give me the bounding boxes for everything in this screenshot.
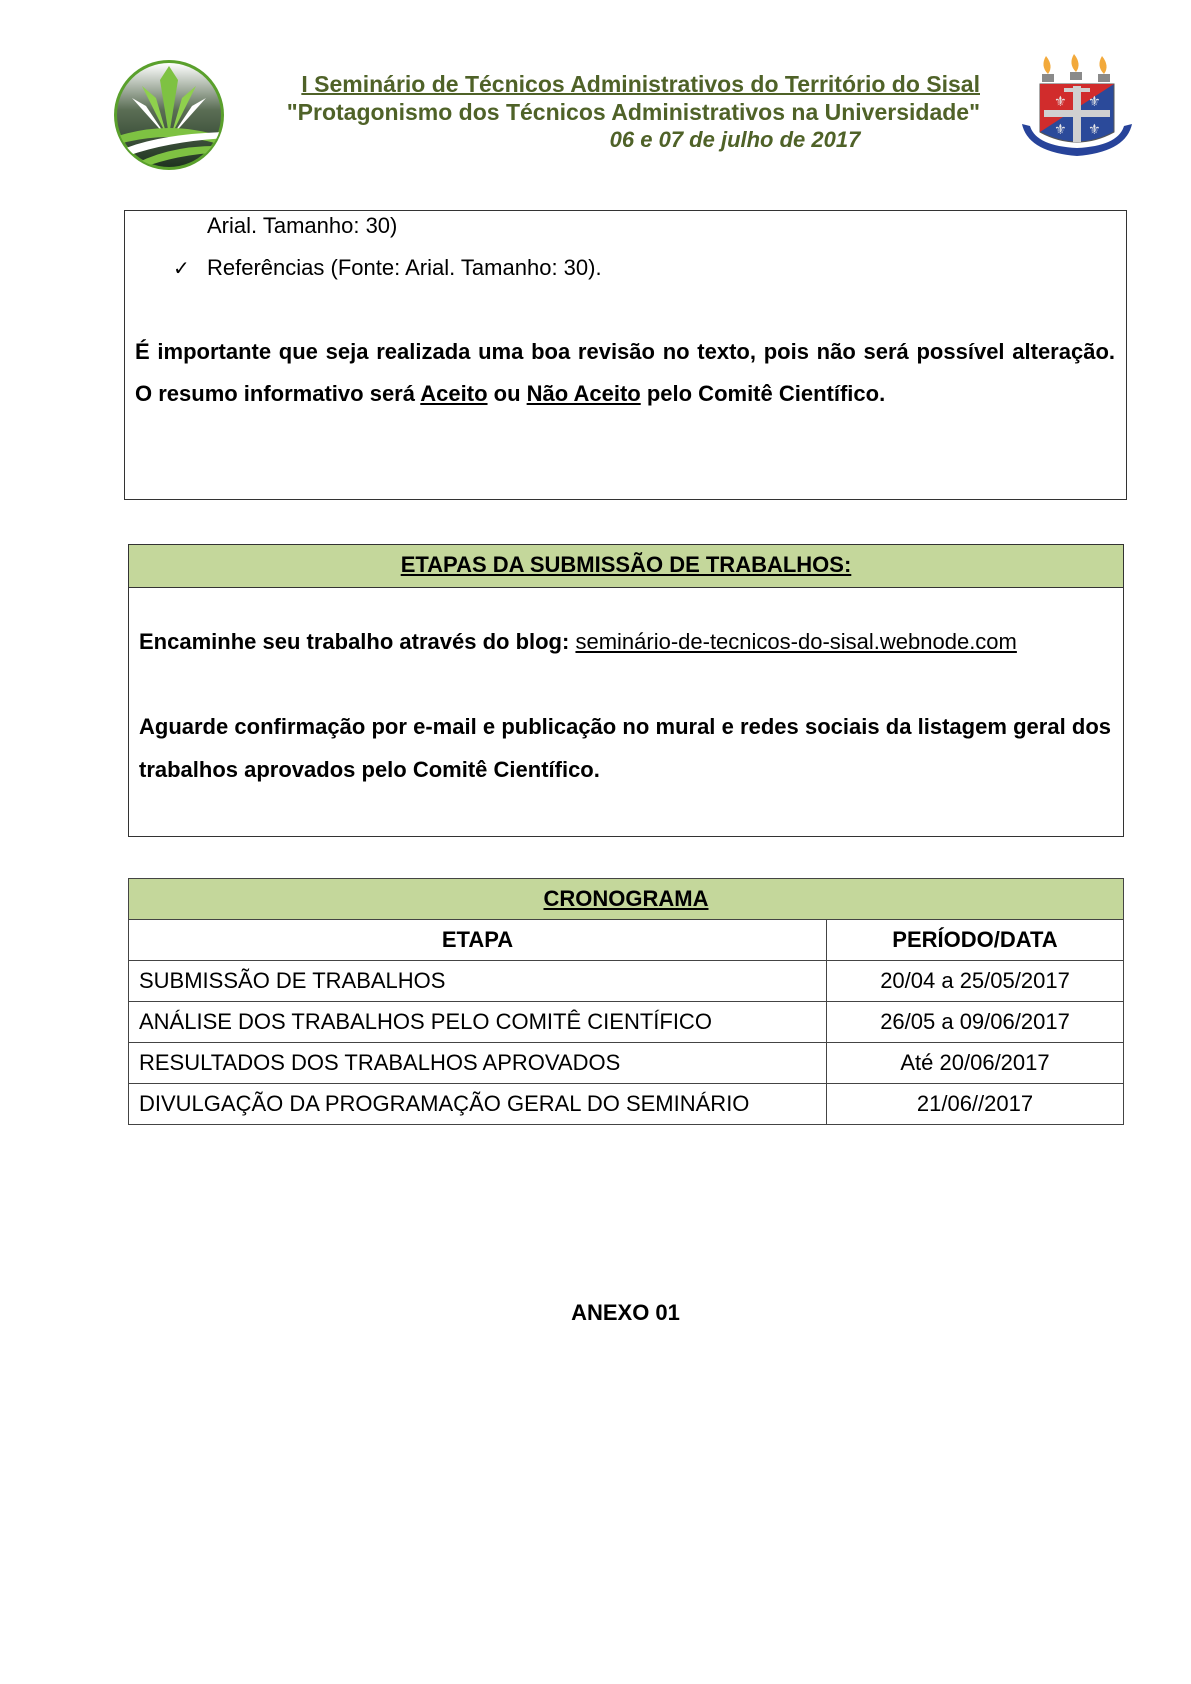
column-header-stage: ETAPA — [129, 920, 827, 961]
column-header-date: PERÍODO/DATA — [827, 920, 1124, 961]
blog-instruction: Encaminhe seu trabalho através do blog: … — [139, 629, 1017, 655]
notice-suffix: pelo Comitê Científico. — [641, 381, 885, 406]
submission-steps-heading: ETAPAS DA SUBMISSÃO DE TRABALHOS: — [129, 545, 1123, 588]
date-cell: Até 20/06/2017 — [827, 1043, 1124, 1084]
revision-notice: É importante que seja realizada uma boa … — [135, 331, 1115, 415]
table-row: RESULTADOS DOS TRABALHOS APROVADOS Até 2… — [129, 1043, 1124, 1084]
university-crest-icon: ⚜ ⚜ ⚜ ⚜ — [1018, 52, 1136, 170]
schedule-title: CRONOGRAMA — [129, 879, 1124, 920]
submission-steps-box: ETAPAS DA SUBMISSÃO DE TRABALHOS: Encami… — [128, 544, 1124, 837]
svg-text:⚜: ⚜ — [1054, 122, 1067, 138]
checkmark-icon: ✓ — [173, 256, 207, 281]
header-text: I Seminário de Técnicos Administrativos … — [240, 70, 980, 154]
sisal-logo-icon — [112, 58, 226, 172]
notice-or: ou — [488, 381, 527, 406]
seminar-subtitle: "Protagonismo dos Técnicos Administrativ… — [240, 98, 980, 126]
table-row: ANÁLISE DOS TRABALHOS PELO COMITÊ CIENTÍ… — [129, 1002, 1124, 1043]
date-cell: 26/05 a 09/06/2017 — [827, 1002, 1124, 1043]
schedule-table: CRONOGRAMA ETAPA PERÍODO/DATA SUBMISSÃO … — [128, 878, 1124, 1125]
not-accepted-label: Não Aceito — [527, 381, 641, 406]
table-row: SUBMISSÃO DE TRABALHOS 20/04 a 25/05/201… — [129, 961, 1124, 1002]
blog-label: Encaminhe seu trabalho através do blog: — [139, 629, 569, 654]
stage-cell: DIVULGAÇÃO DA PROGRAMAÇÃO GERAL DO SEMIN… — [129, 1084, 827, 1125]
table-row: DIVULGAÇÃO DA PROGRAMAÇÃO GERAL DO SEMIN… — [129, 1084, 1124, 1125]
confirmation-text: Aguarde confirmação por e-mail e publica… — [139, 705, 1111, 791]
seminar-title: I Seminário de Técnicos Administrativos … — [240, 70, 980, 98]
blog-link[interactable]: seminário-de-tecnicos-do-sisal.webnode.c… — [575, 629, 1016, 654]
check-list-item: ✓ Referências (Fonte: Arial. Tamanho: 30… — [173, 255, 602, 281]
continuation-text: Arial. Tamanho: 30) — [207, 213, 397, 239]
formatting-box: Arial. Tamanho: 30) ✓ Referências (Fonte… — [124, 210, 1127, 500]
seminar-date: 06 e 07 de julho de 2017 — [240, 126, 980, 154]
date-cell: 20/04 a 25/05/2017 — [827, 961, 1124, 1002]
svg-text:⚜: ⚜ — [1088, 94, 1101, 110]
svg-text:⚜: ⚜ — [1088, 122, 1101, 138]
svg-text:⚜: ⚜ — [1054, 94, 1067, 110]
stage-cell: RESULTADOS DOS TRABALHOS APROVADOS — [129, 1043, 827, 1084]
annex-label: ANEXO 01 — [0, 1300, 1191, 1326]
stage-cell: ANÁLISE DOS TRABALHOS PELO COMITÊ CIENTÍ… — [129, 1002, 827, 1043]
check-item-text: Referências (Fonte: Arial. Tamanho: 30). — [207, 255, 602, 281]
stage-cell: SUBMISSÃO DE TRABALHOS — [129, 961, 827, 1002]
accepted-label: Aceito — [420, 381, 487, 406]
date-cell: 21/06//2017 — [827, 1084, 1124, 1125]
